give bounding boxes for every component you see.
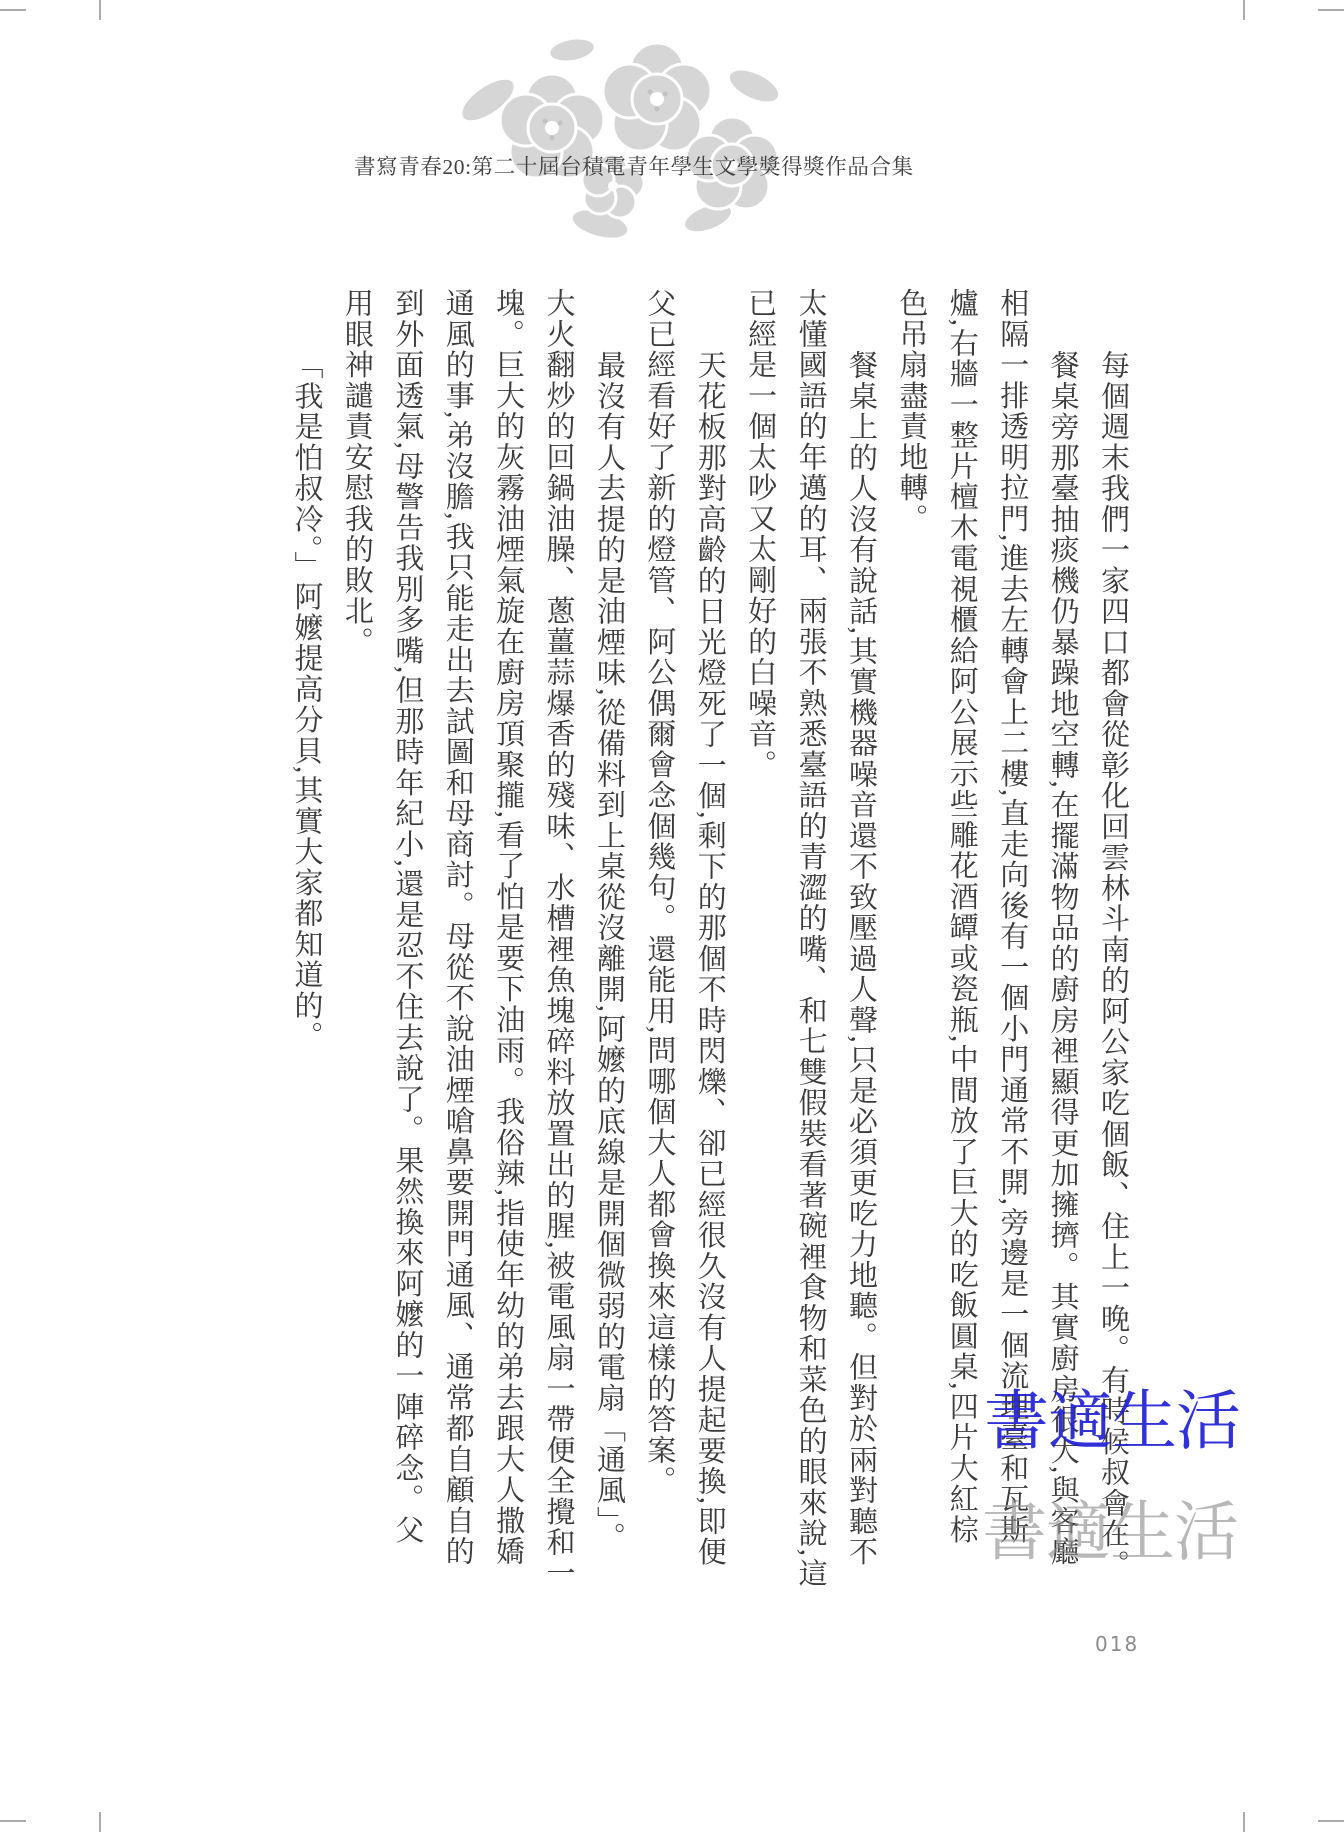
text-column: 已經是一個太吵又太剛好的白噪音。 xyxy=(735,288,785,1618)
page-number: 018 xyxy=(1095,1632,1139,1656)
book-page: 書寫青春20:第二十屆台積電青年學生文學獎得獎作品合集 每個週末我們一家四口都會… xyxy=(0,0,1344,1832)
crop-mark xyxy=(0,1820,26,1822)
running-head-title: 書寫青春20:第二十屆台積電青年學生文學獎得獎作品合集 xyxy=(354,150,914,181)
text-column: 太懂國語的年邁的耳、兩張不熟悉臺語的青澀的嘴、和七雙假裝看著碗裡食物和菜色的眼來… xyxy=(785,288,835,1618)
text-column: 到外面透氣,母警告我別多嘴,但那時年紀小,還是忍不住去說了。果然換來阿嬤的一陣碎… xyxy=(382,288,432,1618)
crop-mark xyxy=(99,0,101,20)
flower-ornament-icon xyxy=(452,28,792,240)
text-column: 用眼神譴責安慰我的敗北。 xyxy=(332,288,382,1618)
text-column: 色吊扇盡責地轉。 xyxy=(886,288,936,1618)
text-column: 「我是怕叔冷。」阿嬤提高分貝,其實大家都知道的。 xyxy=(281,288,331,1618)
text-column: 大火翻炒的回鍋油臊、蔥薑蒜爆香的殘味、水槽裡魚塊碎料放置出的腥,被電風扇一帶便全… xyxy=(533,288,583,1618)
watermark-blue: 書適生活 xyxy=(984,1368,1240,1462)
crop-mark xyxy=(99,1812,101,1832)
crop-mark xyxy=(1243,1812,1245,1832)
crop-mark xyxy=(0,9,26,11)
text-column: 餐桌上的人沒有說話,其實機器噪音還不致壓過人聲,只是必須更吃力地聽。但對於兩對聽… xyxy=(836,288,886,1618)
text-column: 塊。巨大的灰霧油煙氣旋在廚房頂聚攏,看了怕是要下油雨。我俗辣,指使年幼的弟去跟大… xyxy=(483,288,533,1618)
text-column: 通風的事,弟沒膽,我只能走出去試圖和母商討。母從不說油煙嗆鼻要開門通風、通常都自… xyxy=(432,288,482,1618)
text-column: 爐,右牆一整片檀木電視櫃給阿公展示些雕花酒罈或瓷瓶,中間放了巨大的吃飯圓桌,四片… xyxy=(936,288,986,1618)
crop-mark xyxy=(1318,1820,1344,1822)
crop-mark xyxy=(1318,9,1344,11)
text-column: 天花板那對高齡的日光燈死了一個,剩下的那個不時閃爍、卻已經很久沒有人提起要換,即… xyxy=(684,288,734,1618)
text-column: 最沒有人去提的是油煙味,從備料到上桌從沒離開,阿嬤的底線是開個微弱的電扇「通風」… xyxy=(584,288,634,1618)
watermark-gray: 書適生活 xyxy=(982,1479,1238,1573)
text-column: 父已經看好了新的燈管、阿公偶爾會念個幾句。還能用,問哪個大人都會換來這樣的答案。 xyxy=(634,288,684,1618)
crop-mark xyxy=(1243,0,1245,20)
